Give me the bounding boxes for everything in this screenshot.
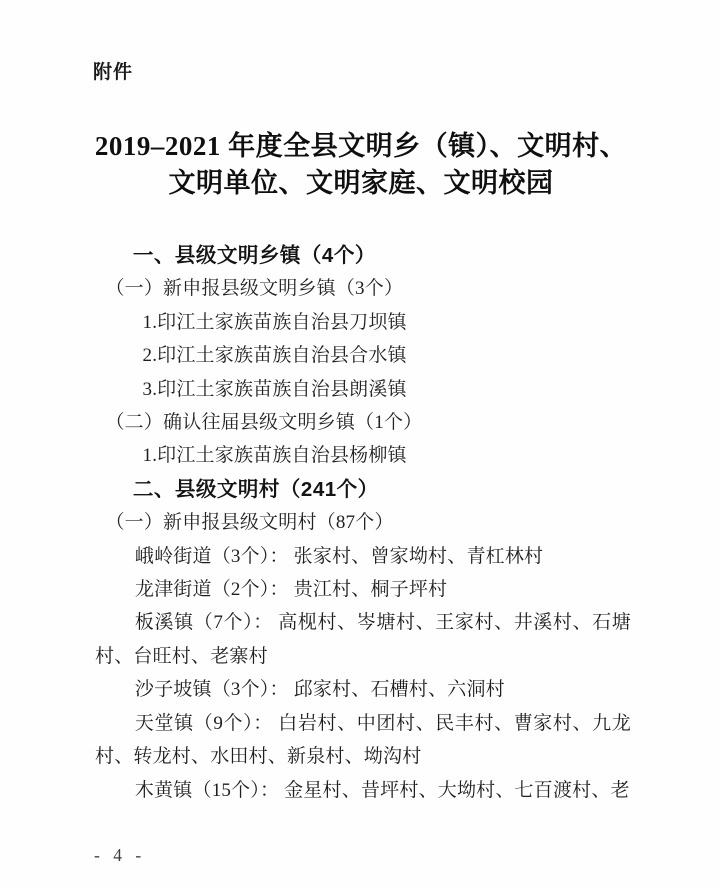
village-list-eling: 峨岭街道（3个）： 张家村、曾家坳村、青杠林村 bbox=[95, 540, 631, 573]
numbered-item-township-1: 1.印江土家族苗族自治县刀坝镇 bbox=[95, 306, 631, 339]
village-list-banxi: 板溪镇（7个）： 高枧村、岑塘村、王家村、井溪村、石塘村、台旺村、老寨村 bbox=[95, 606, 631, 673]
numbered-item-confirmed-township-1: 1.印江土家族苗族自治县杨柳镇 bbox=[95, 439, 631, 472]
document-page: 附件 2019–2021 年度全县文明乡（镇）、文明村、 文明单位、文明家庭、文… bbox=[0, 0, 720, 887]
title-line-1: 2019–2021 年度全县文明乡（镇）、文明村、 bbox=[88, 128, 634, 165]
document-title: 2019–2021 年度全县文明乡（镇）、文明村、 文明单位、文明家庭、文明校园 bbox=[88, 128, 634, 202]
village-list-longjin: 龙津街道（2个）： 贵江村、桐子坪村 bbox=[95, 573, 631, 606]
subsection-heading-new-villages: （一）新申报县级文明村（87个） bbox=[95, 506, 631, 539]
section-heading-townships: 一、县级文明乡镇（4个） bbox=[95, 239, 631, 272]
document-body: 一、县级文明乡镇（4个） （一）新申报县级文明乡镇（3个） 1.印江土家族苗族自… bbox=[95, 239, 631, 807]
village-list-muhuang-truncated: 木黄镇（15个）： 金星村、昔坪村、大坳村、七百渡村、老 bbox=[95, 774, 631, 807]
numbered-item-township-3: 3.印江土家族苗族自治县朗溪镇 bbox=[95, 373, 631, 406]
subsection-heading-confirmed-townships: （二）确认往届县级文明乡镇（1个） bbox=[95, 406, 631, 439]
page-number: - 4 - bbox=[94, 845, 142, 866]
section-heading-villages: 二、县级文明村（241个） bbox=[95, 473, 631, 506]
numbered-item-township-2: 2.印江土家族苗族自治县合水镇 bbox=[95, 339, 631, 372]
subsection-heading-new-townships: （一）新申报县级文明乡镇（3个） bbox=[95, 272, 631, 305]
village-list-tiantang: 天堂镇（9个）： 白岩村、中团村、民丰村、曹家村、九龙村、转龙村、水田村、新泉村… bbox=[95, 707, 631, 774]
attachment-label: 附件 bbox=[93, 57, 133, 84]
village-list-shazipo: 沙子坡镇（3个）： 邱家村、石槽村、六洞村 bbox=[95, 673, 631, 706]
title-line-2: 文明单位、文明家庭、文明校园 bbox=[88, 165, 634, 202]
